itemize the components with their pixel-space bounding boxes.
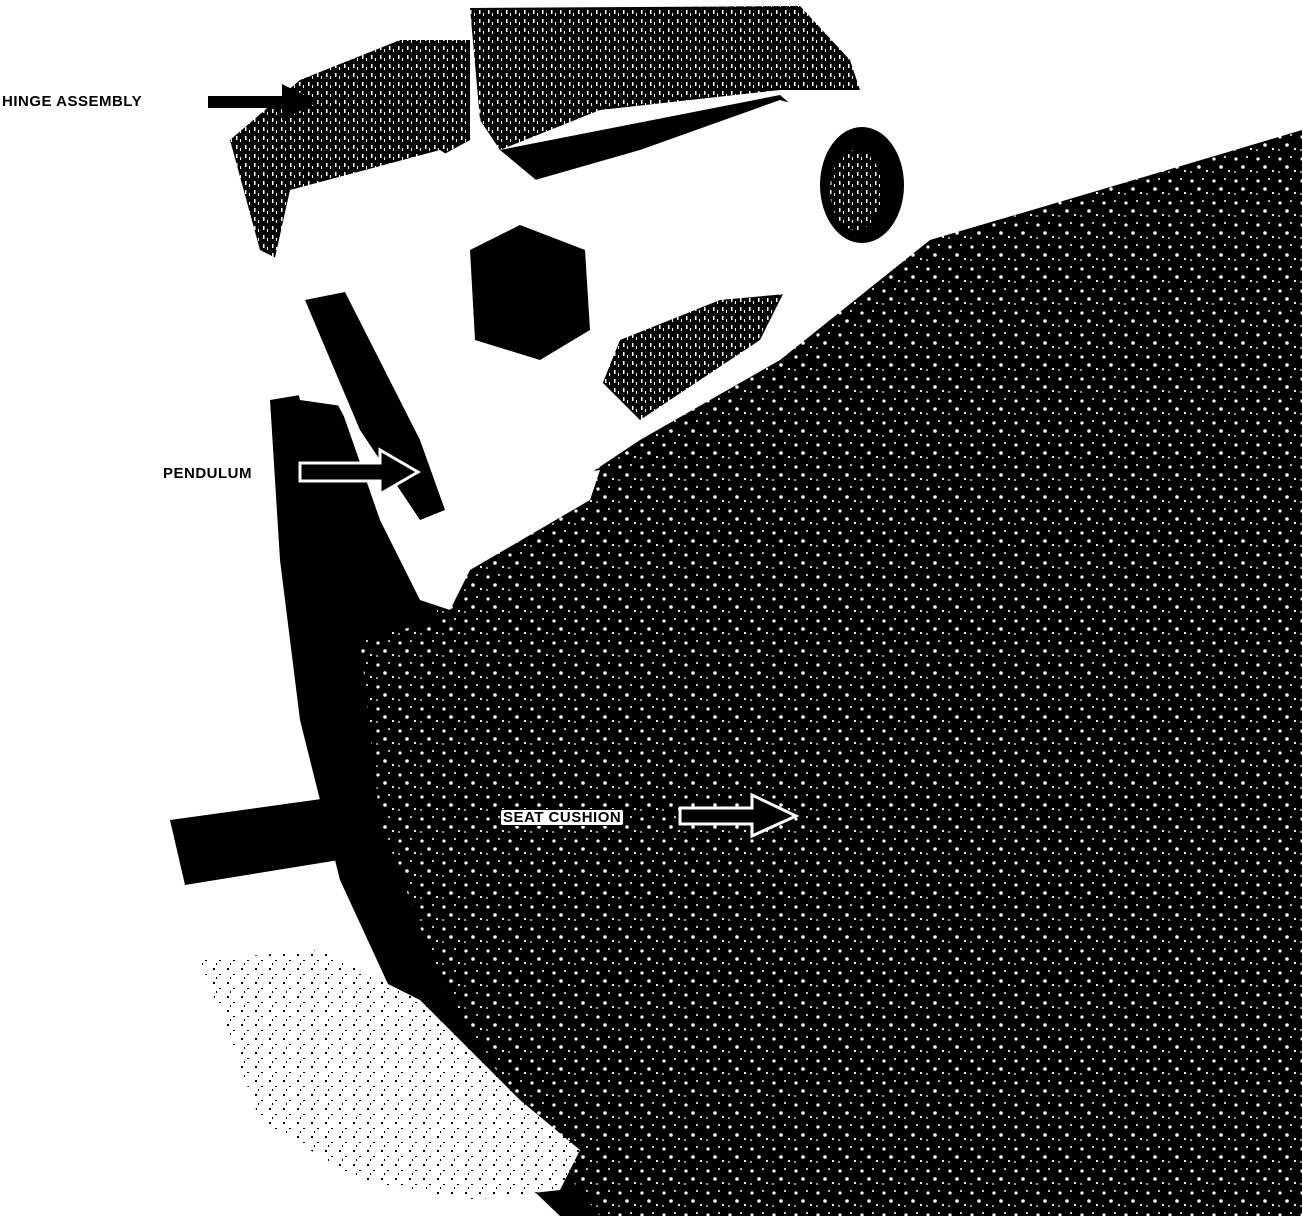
hinge-assembly-label: HINGE ASSEMBLY	[2, 94, 142, 109]
hinge-photograph	[0, 0, 1302, 1216]
pendulum-label: PENDULUM	[163, 466, 252, 481]
seat-cushion-label: SEAT CUSHION	[500, 809, 624, 826]
hex-bolt	[470, 225, 590, 360]
